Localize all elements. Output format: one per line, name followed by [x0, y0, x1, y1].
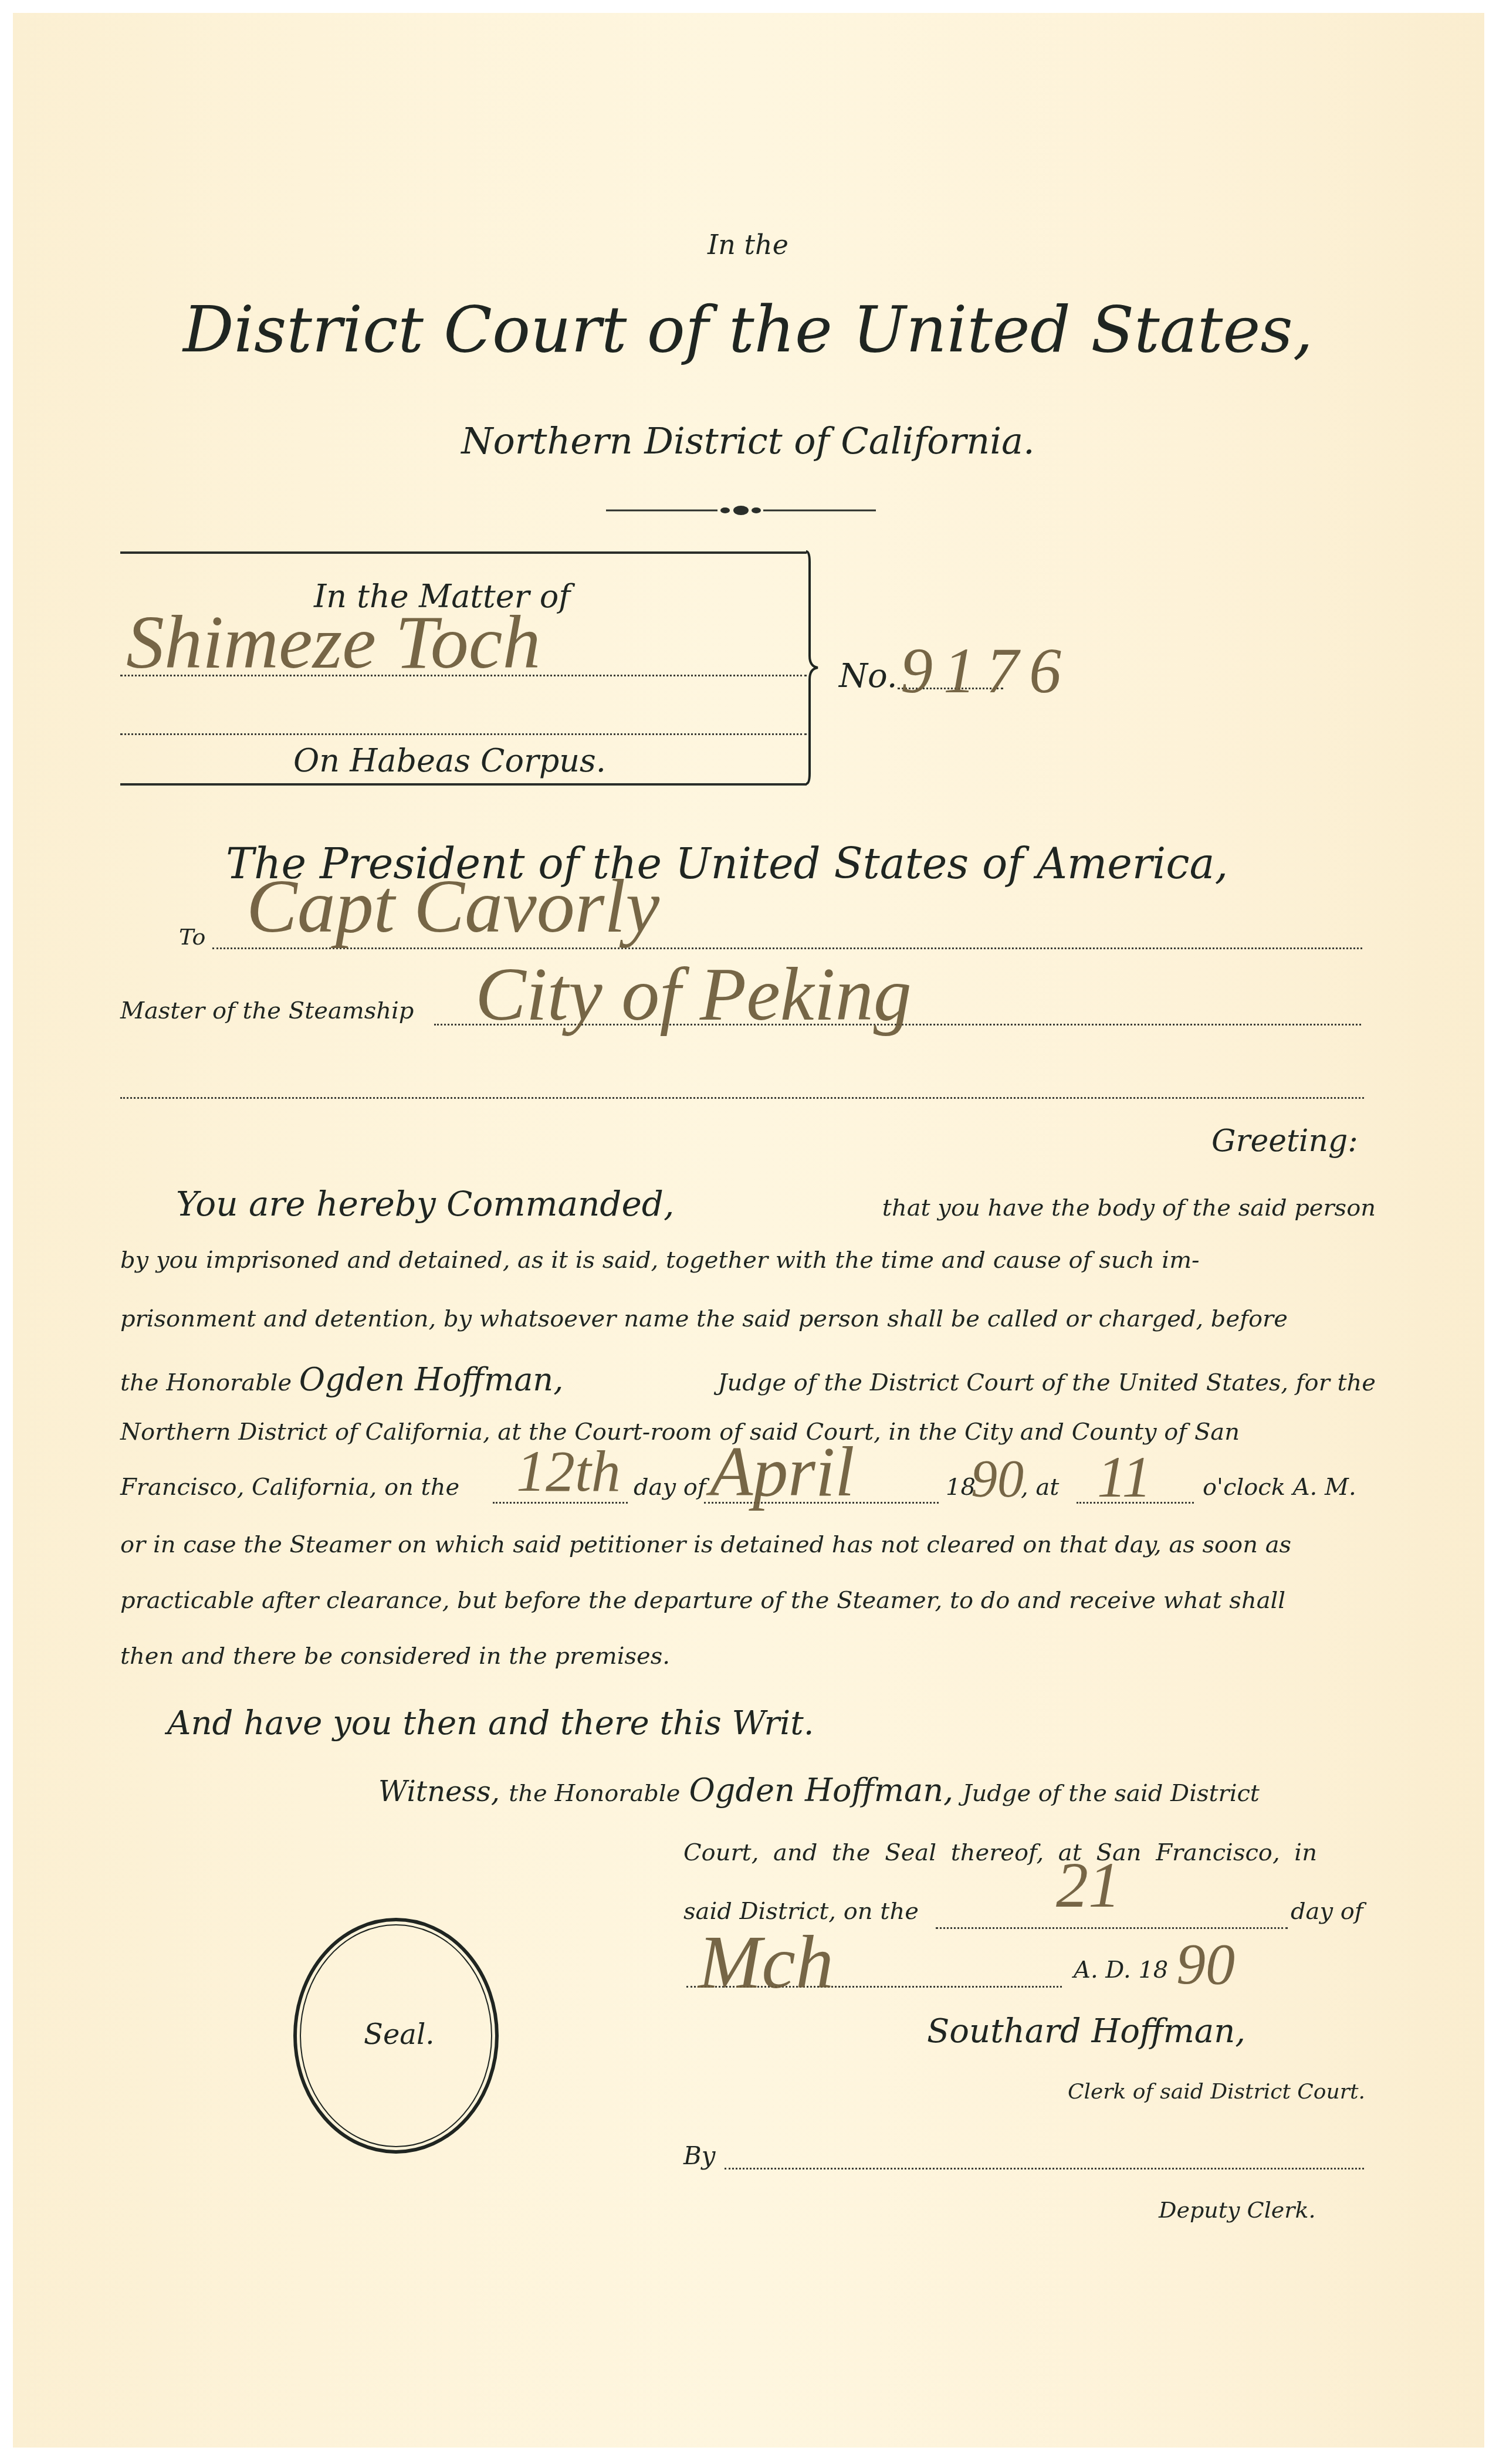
day-of-label: day of — [634, 1474, 706, 1501]
on-habeas-corpus-label: On Habeas Corpus. — [293, 742, 606, 779]
hearing-hour: 11 — [1097, 1443, 1152, 1511]
command-line-6-start: Francisco, California, on the — [120, 1474, 459, 1501]
curly-brace-icon — [805, 550, 823, 785]
caption-bottom-rule — [120, 783, 807, 786]
addressee: Capt Cavorly — [246, 862, 659, 950]
district-subtitle: Northern District of California. — [0, 419, 1496, 462]
case-number: 9176 — [901, 634, 1072, 708]
divider-ornament-icon — [606, 505, 876, 516]
oclock-am-label: o'clock A. M. — [1203, 1474, 1356, 1501]
witness-day-line — [936, 1927, 1288, 1929]
command-line-8: practicable after clearance, but before … — [120, 1587, 1376, 1614]
steamship-name: City of Peking — [475, 950, 912, 1038]
caption-top-rule — [120, 551, 807, 554]
caption-brace — [805, 550, 823, 785]
ad-year-prefix: A. D. 18 — [1074, 1957, 1168, 1984]
hearing-day: 12th — [516, 1437, 621, 1505]
command-line-8-text: practicable after clearance, but before … — [120, 1587, 1285, 1614]
hearing-year-suffix: 90 — [971, 1449, 1024, 1509]
command-line-3-text: prisonment and detention, by whatsoever … — [120, 1305, 1288, 1332]
deputy-clerk-title: Deputy Clerk. — [1159, 2197, 1316, 2223]
command-line-7-text: or in case the Steamer on which said pet… — [120, 1531, 1291, 1558]
clerk-name: Southard Hoffman, — [927, 2012, 1245, 2050]
command-line-1: You are hereby Commanded, that you have … — [120, 1184, 1376, 1224]
command-line-2: by you imprisoned and detained, as it is… — [120, 1247, 1376, 1274]
command-line-9: then and there be considered in the prem… — [120, 1643, 670, 1670]
witness-word: Witness, — [378, 1775, 500, 1808]
case-number-label: No. — [839, 657, 898, 695]
caption-dotted-line-2 — [120, 733, 807, 735]
command-line-1-rest: that you have the body of the said perso… — [882, 1194, 1376, 1221]
command-line-3: prisonment and detention, by whatsoever … — [120, 1305, 1376, 1332]
to-label: To — [179, 924, 205, 950]
at-label: , at — [1021, 1474, 1059, 1501]
court-title: District Court of the United States, — [0, 293, 1496, 367]
witness-judge-rest: Judge of the said District — [962, 1780, 1260, 1807]
header-in-the: In the — [0, 229, 1496, 260]
witness-honorable: the Honorable — [509, 1780, 680, 1807]
command-line-4-rest: Judge of the District Court of the Unite… — [717, 1369, 1376, 1396]
command-line-4: the Honorable Ogden Hoffman, Judge of th… — [120, 1361, 1376, 1398]
by-label: By — [683, 2141, 716, 2170]
witness-judge-name: Ogden Hoffman, — [689, 1772, 954, 1809]
witness-day: 21 — [1056, 1848, 1121, 1923]
command-line-5-text: Northern District of California, at the … — [120, 1419, 1240, 1446]
seal-label: Seal. — [364, 2018, 435, 2051]
clerk-title: Clerk of said District Court. — [1068, 2080, 1365, 2104]
command-line-7: or in case the Steamer on which said pet… — [120, 1531, 1376, 1558]
deputy-signature-line[interactable] — [725, 2168, 1364, 2169]
witness-month: Mch — [698, 1918, 834, 2006]
honorable-text: the Honorable — [120, 1369, 292, 1396]
witness-day-of-label: day of — [1291, 1898, 1363, 1925]
witness-line-2: Court, and the Seal thereof, at San Fran… — [683, 1839, 1317, 1866]
greeting: Greeting: — [1211, 1123, 1358, 1159]
command-line-2-text: by you imprisoned and detained, as it is… — [120, 1247, 1200, 1274]
and-have-writ: And have you then and there this Writ. — [167, 1704, 814, 1742]
master-of-steamship-label: Master of the Steamship — [120, 997, 414, 1024]
judge-name: Ogden Hoffman, — [299, 1361, 564, 1398]
blank-address-line — [120, 1097, 1364, 1099]
witness-year-suffix: 90 — [1176, 1930, 1235, 1998]
caption-dotted-line-1 — [120, 675, 807, 676]
hearing-month: April — [710, 1431, 855, 1512]
command-lead: You are hereby Commanded, — [176, 1184, 674, 1224]
witness-line-1: Witness, the Honorable Ogden Hoffman, Ju… — [378, 1772, 1260, 1809]
ornamental-divider — [606, 505, 876, 516]
petitioner-name: Shimeze Toch — [126, 598, 541, 686]
